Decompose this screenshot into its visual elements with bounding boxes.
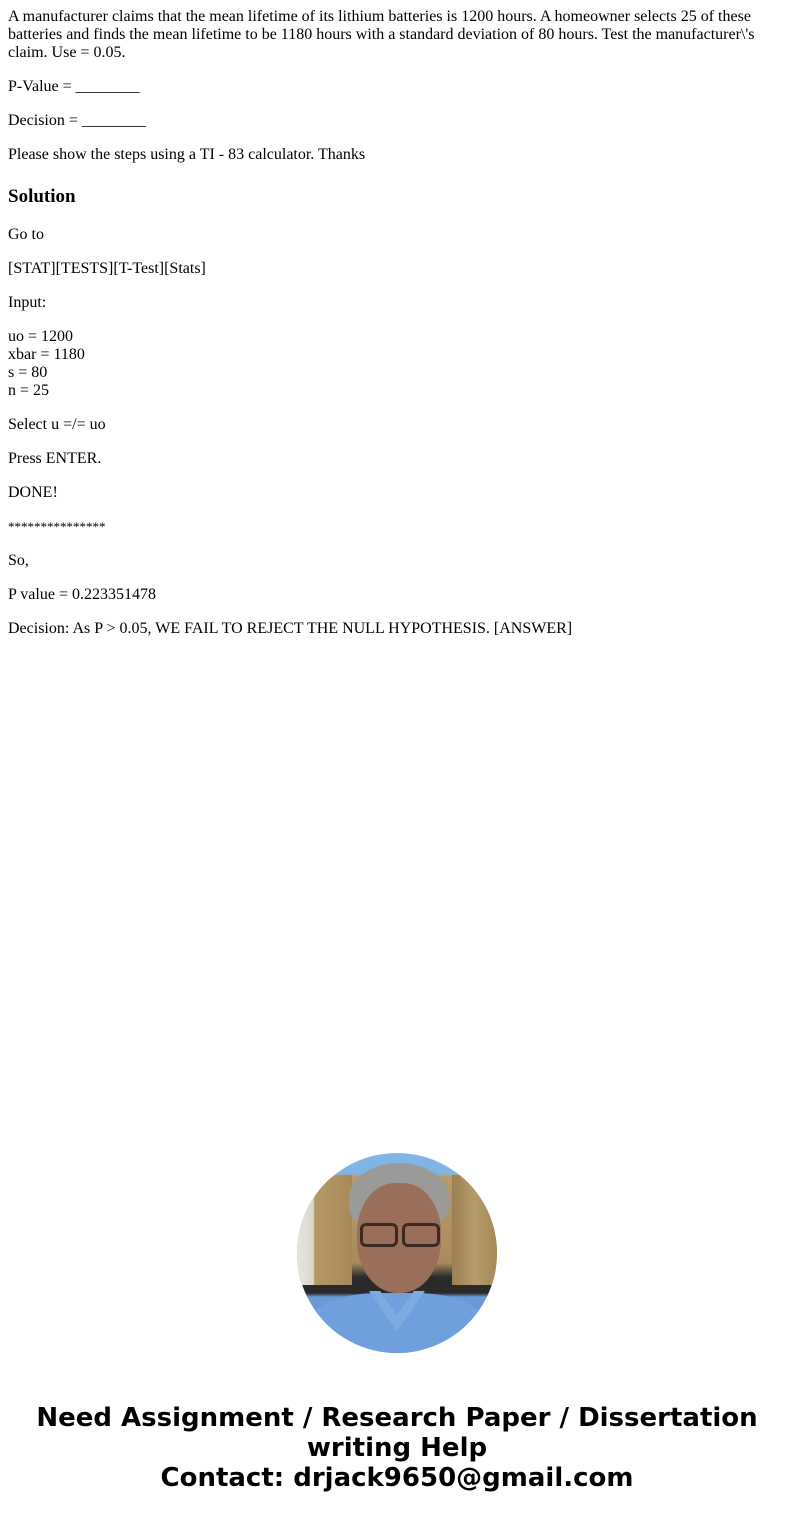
so-text: So, xyxy=(8,552,786,570)
promo-line-1: Need Assignment / Research Paper / Disse… xyxy=(0,1403,794,1433)
decision-result: Decision: As P > 0.05, WE FAIL TO REJECT… xyxy=(8,620,786,638)
solution-heading: Solution xyxy=(8,186,786,208)
promo-contact: Contact: drjack9650@gmail.com xyxy=(0,1463,794,1493)
go-to-text: Go to xyxy=(8,226,786,244)
document-body: A manufacturer claims that the mean life… xyxy=(0,0,794,638)
tutor-avatar xyxy=(297,1153,497,1353)
press-enter: Press ENTER. xyxy=(8,450,786,468)
input-n: n = 25 xyxy=(8,382,786,400)
question-text: A manufacturer claims that the mean life… xyxy=(8,8,786,62)
done-text: DONE! xyxy=(8,484,786,502)
calculator-keys: [STAT][TESTS][T-Test][Stats] xyxy=(8,260,786,278)
input-label: Input: xyxy=(8,294,786,312)
question-request: Please show the steps using a TI - 83 ca… xyxy=(8,146,786,164)
input-xbar: xbar = 1180 xyxy=(8,346,786,364)
background-panel-left xyxy=(297,1175,352,1285)
input-values: uo = 1200 xbar = 1180 s = 80 n = 25 xyxy=(8,328,786,400)
p-value-result: P value = 0.223351478 xyxy=(8,586,786,604)
glasses-icon xyxy=(360,1223,440,1245)
promo-banner: Need Assignment / Research Paper / Disse… xyxy=(0,1403,794,1493)
p-value-blank: P-Value = ________ xyxy=(8,78,786,96)
select-alternative: Select u =/= uo xyxy=(8,416,786,434)
input-mu0: uo = 1200 xyxy=(8,328,786,346)
separator: *************** xyxy=(8,518,786,536)
promo-line-2: writing Help xyxy=(0,1433,794,1463)
background-panel-right xyxy=(452,1175,497,1285)
input-s: s = 80 xyxy=(8,364,786,382)
decision-blank: Decision = ________ xyxy=(8,112,786,130)
